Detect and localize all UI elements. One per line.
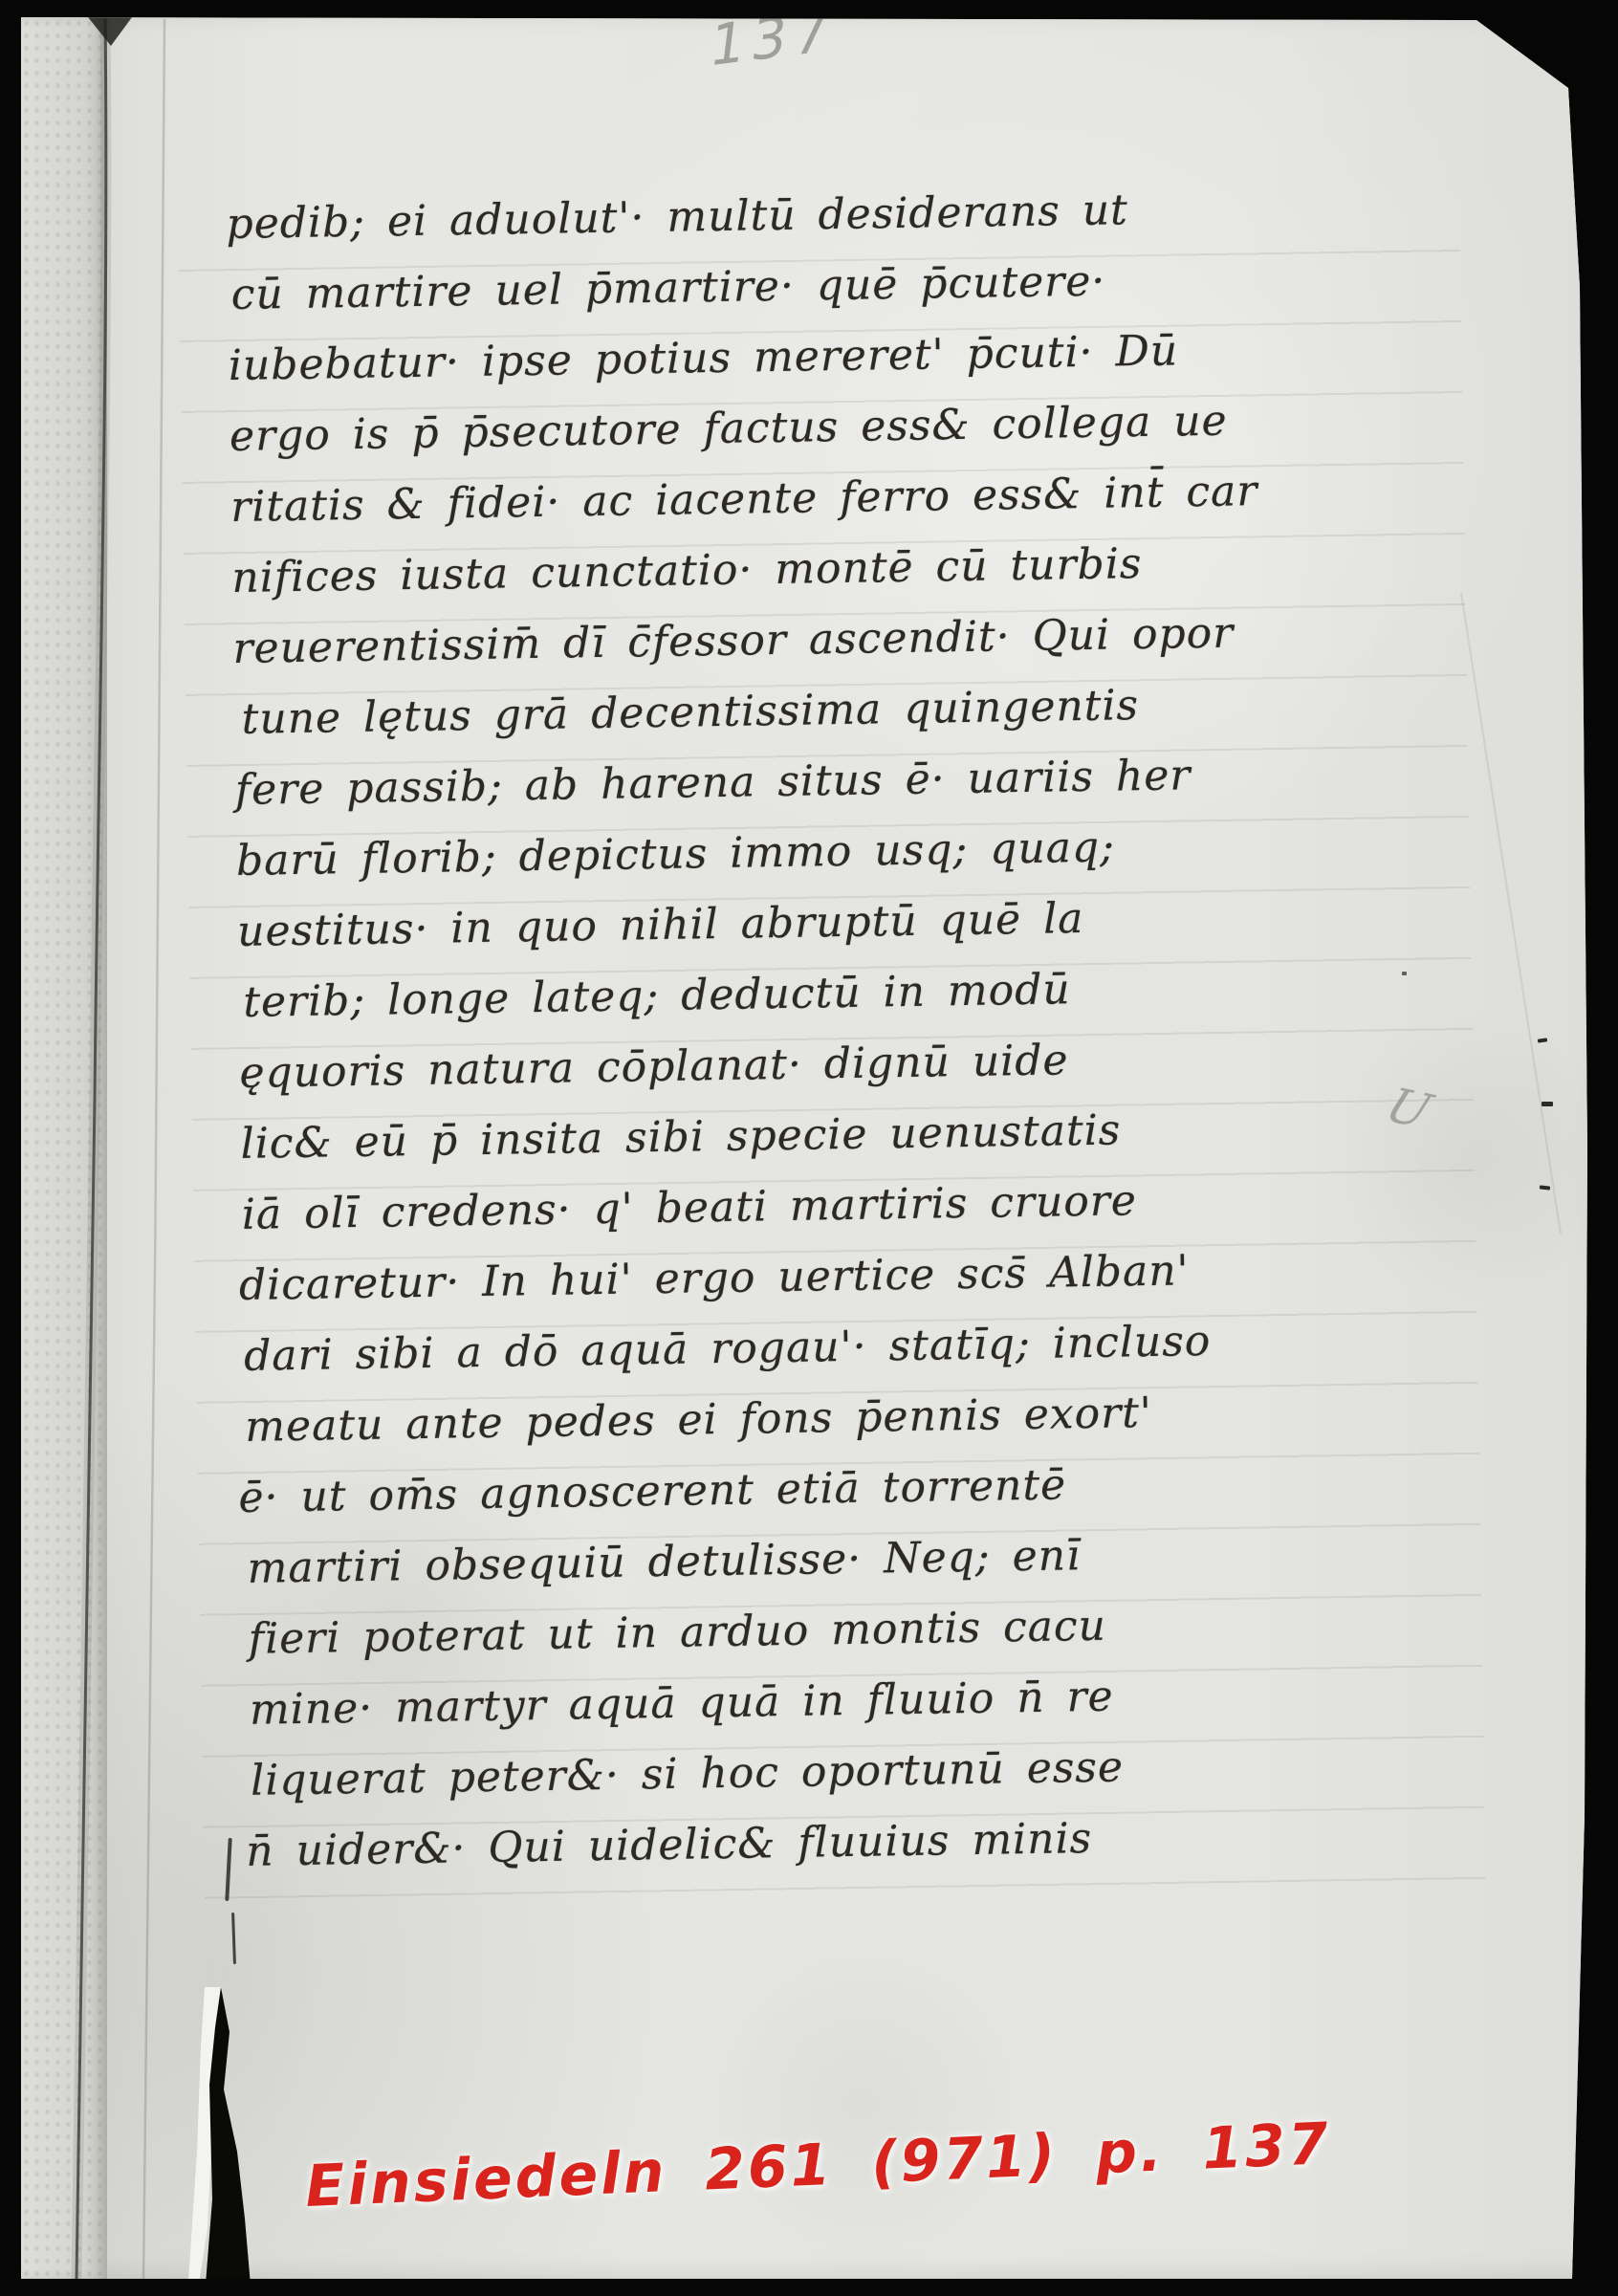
edge-speck	[1541, 1102, 1553, 1106]
shelfmark-annotation: Einsiedeln 261 (971) p. 137	[304, 2110, 1332, 2220]
manuscript-photo: 137 pedib; ei aduolut'· multū desiderans…	[0, 0, 1618, 2296]
tear-slit	[225, 1838, 231, 1901]
pencil-folio-number: 137	[706, 0, 839, 79]
manuscript-page: 137 pedib; ei aduolut'· multū desiderans…	[0, 0, 1618, 2296]
manuscript-text-block: pedib; ei aduolut'· multū desiderans ut …	[226, 171, 1410, 1888]
edge-speck	[1538, 1038, 1547, 1042]
edge-speck	[1540, 1185, 1550, 1190]
tear-slit	[231, 1913, 236, 1964]
binding-gutter	[21, 17, 107, 2279]
edge-speck	[1402, 972, 1407, 975]
